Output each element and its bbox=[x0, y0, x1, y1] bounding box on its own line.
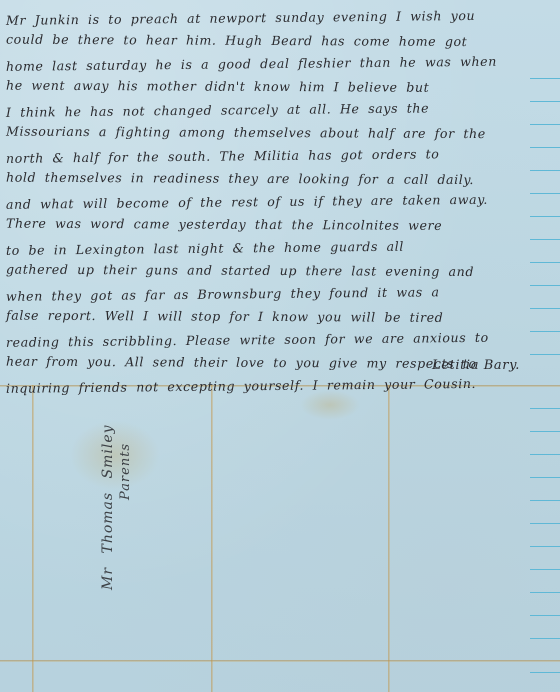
addressee-care-of: Parents bbox=[118, 410, 133, 500]
addressee-name: Mr Thomas Smiley bbox=[100, 410, 116, 590]
letter-line: inquiring friends not excepting yourself… bbox=[6, 371, 546, 400]
address-block: Mr Thomas Smiley Parents bbox=[100, 410, 133, 590]
letter-body: Mr Junkin is to preach at newport sunday… bbox=[6, 6, 546, 397]
fold-line-vertical bbox=[211, 385, 213, 692]
letter-sheet: Mr Junkin is to preach at newport sunday… bbox=[0, 0, 560, 692]
fold-line-horizontal bbox=[0, 660, 560, 662]
signature: Letitia Bary. bbox=[432, 358, 520, 373]
fold-line-vertical bbox=[32, 385, 34, 692]
fold-line-vertical bbox=[388, 385, 390, 692]
